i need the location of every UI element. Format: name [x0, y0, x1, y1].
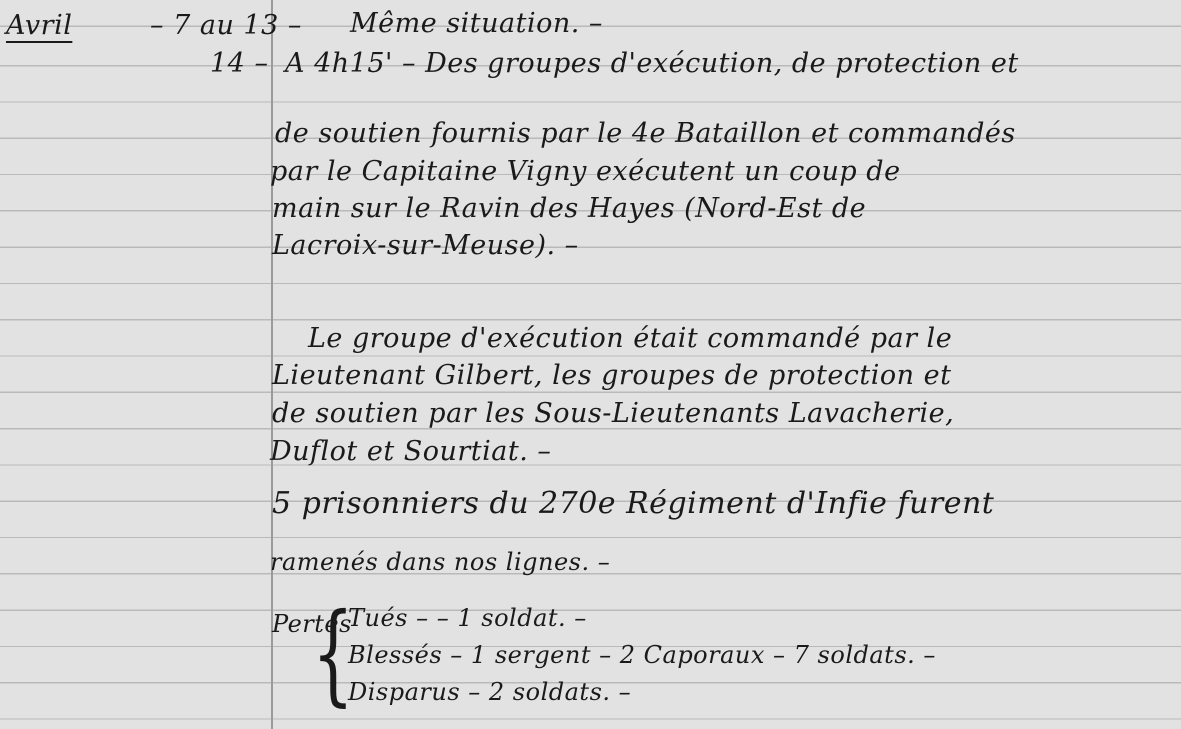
- paragraph3-line: 5 prisonniers du 270e Régiment d'Infie f…: [272, 486, 994, 521]
- loss-item: Tués – – 1 soldat. –: [348, 604, 587, 632]
- loss-item: Disparus – 2 soldats. –: [348, 678, 631, 706]
- summary-text: Même situation. –: [350, 8, 603, 39]
- date-range: – 7 au 13 –: [150, 10, 302, 41]
- ruled-page: Avril – 7 au 13 – Même situation. – 14 –…: [0, 0, 1181, 729]
- entry-line: main sur le Ravin des Hayes (Nord-Est de: [272, 193, 866, 224]
- paragraph2-line: Lieutenant Gilbert, les groupes de prote…: [272, 360, 951, 391]
- paragraph2-line: Duflot et Sourtiat. –: [270, 436, 551, 467]
- entry-line: de soutien fournis par le 4e Bataillon e…: [275, 118, 1016, 149]
- paragraph2-line: de soutien par les Sous-Lieutenants Lava…: [272, 398, 954, 429]
- entry-line: A 4h15' – Des groupes d'exécution, de pr…: [285, 48, 1019, 79]
- month-label: Avril: [6, 10, 72, 41]
- entry-day: 14 –: [210, 48, 268, 79]
- loss-item: Blessés – 1 sergent – 2 Caporaux – 7 sol…: [348, 641, 936, 669]
- entry-line: par le Capitaine Vigny exécutent un coup…: [270, 156, 901, 187]
- paragraph3-line: ramenés dans nos lignes. –: [270, 548, 610, 576]
- entry-line: Lacroix-sur-Meuse). –: [272, 230, 579, 261]
- paragraph2-line: Le groupe d'exécution était commandé par…: [308, 323, 952, 354]
